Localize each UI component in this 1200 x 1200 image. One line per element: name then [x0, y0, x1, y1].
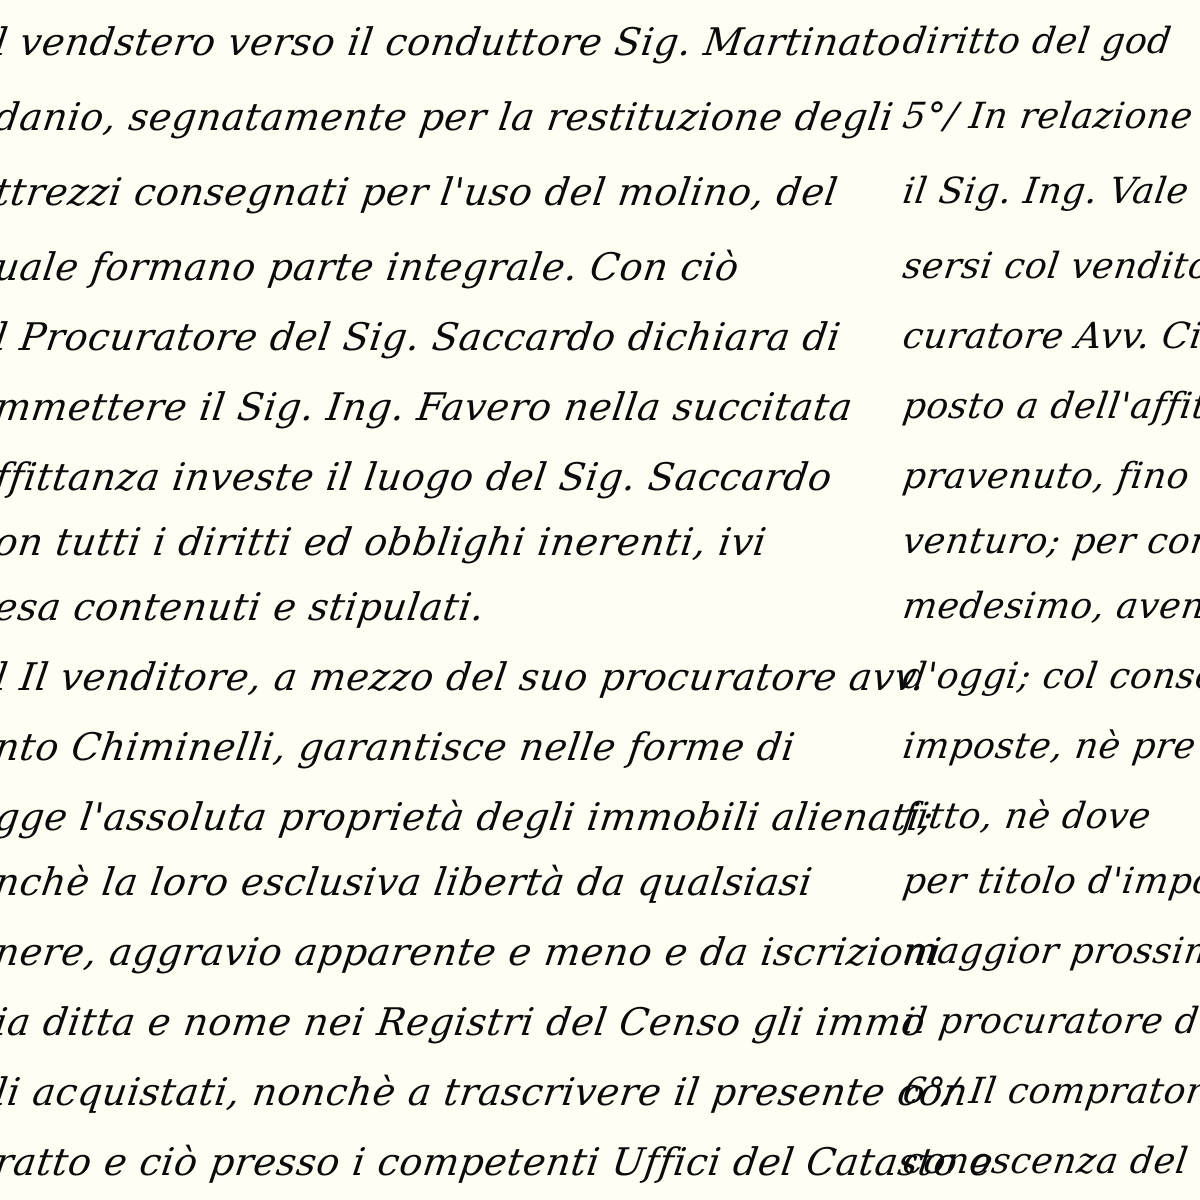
manuscript-line: ffittanza investe il luogo del Sig. Sacc… — [0, 455, 835, 499]
manuscript-line: nere, aggravio apparente e meno e da isc… — [0, 930, 944, 974]
manuscript-line: l Il venditore, a mezzo del suo procurat… — [0, 655, 928, 699]
manuscript-line: 5°/ In relazione — [900, 95, 1196, 139]
manuscript-line: nto Chiminelli, garantisce nelle forme d… — [0, 725, 798, 769]
manuscript-line: 6°/ Il compratore — [900, 1070, 1200, 1114]
manuscript-line: posto a dell'affitt — [900, 385, 1200, 429]
manuscript-line: ttrezzi consegnati per l'uso del molino,… — [0, 170, 841, 214]
manuscript-line: il procuratore d — [900, 1000, 1200, 1044]
manuscript-line: curatore Avv. Ci — [900, 315, 1200, 359]
manuscript-line: diritto del god — [900, 20, 1174, 64]
manuscript-line: il Sig. Ing. Vale — [900, 170, 1192, 214]
manuscript-line: per titolo d'impo — [900, 860, 1200, 904]
manuscript-line: uale formano parte integrale. Con ciò — [0, 245, 742, 289]
manuscript-line: venturo; per conse — [900, 520, 1200, 564]
manuscript-line: pravenuto, fino — [900, 455, 1192, 499]
manuscript-line: ratto e ciò presso i competenti Uffici d… — [0, 1140, 996, 1184]
manuscript-line: li acquistati, nonchè a trascrivere il p… — [0, 1070, 971, 1114]
manuscript-page: l vendstero verso il conduttore Sig. Mar… — [0, 0, 1200, 1200]
manuscript-line: nchè la loro esclusiva libertà da qualsi… — [0, 860, 815, 904]
manuscript-line: sersi col vendito — [900, 245, 1200, 289]
manuscript-line: medesimo, aven — [900, 585, 1200, 629]
manuscript-line: l Procuratore del Sig. Saccardo dichiara… — [0, 315, 843, 359]
right-text-column: diritto del god 5°/ In relazione il Sig.… — [900, 0, 1200, 1200]
manuscript-line: on tutti i diritti ed obblighi inerenti,… — [0, 520, 769, 564]
manuscript-line: ia ditta e nome nei Registri del Censo g… — [0, 1000, 928, 1044]
manuscript-line: mmettere il Sig. Ing. Favero nella succi… — [0, 385, 856, 429]
manuscript-line: d'oggi; col consegn — [900, 655, 1200, 699]
manuscript-line: gge l'assoluta proprietà degli immobili … — [0, 795, 936, 839]
left-text-column: l vendstero verso il conduttore Sig. Mar… — [0, 0, 892, 1200]
manuscript-line: fitto, nè dove — [900, 795, 1154, 839]
manuscript-line: l vendstero verso il conduttore Sig. Mar… — [0, 20, 904, 64]
manuscript-line: danio, segnatamente per la restituzione … — [0, 95, 896, 139]
manuscript-line: esa contenuti e stipulati. — [0, 585, 487, 629]
manuscript-line: maggior prossimo — [900, 930, 1200, 974]
manuscript-line: imposte, nè pre — [900, 725, 1199, 769]
manuscript-line: conoscenza del — [900, 1140, 1191, 1184]
